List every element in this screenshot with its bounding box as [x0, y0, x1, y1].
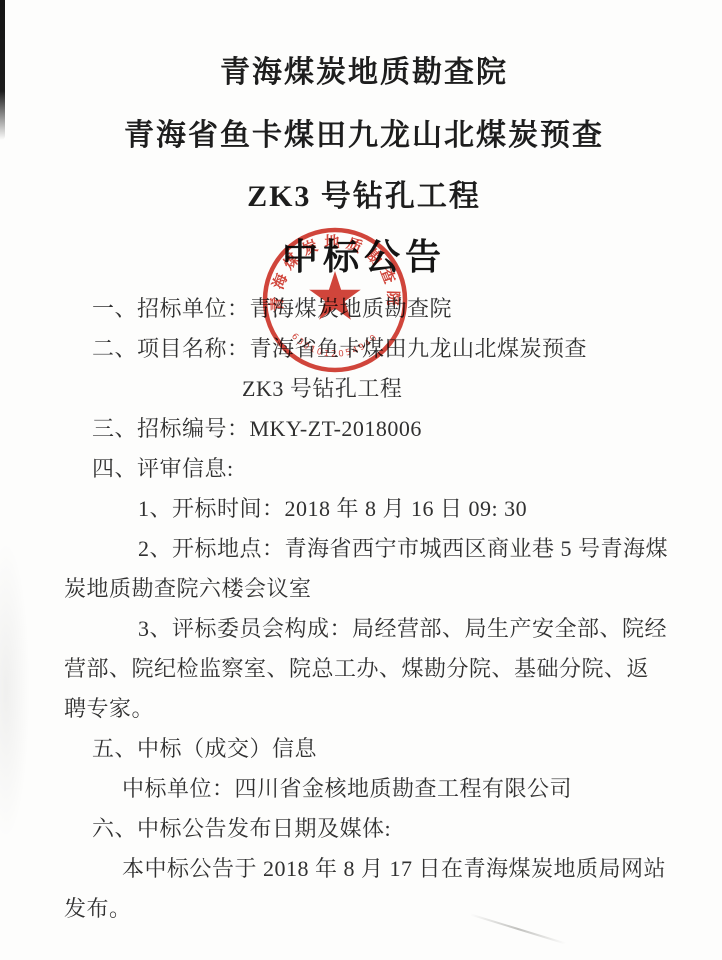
- body-line: 炭地质勘查院六楼会议室: [64, 569, 664, 609]
- body-line: 营部、院纪检监察室、院总工办、煤勘分院、基础分院、返: [64, 649, 664, 689]
- body-line: 本中标公告于 2018 年 8 月 17 日在青海煤炭地质局网站: [64, 849, 664, 889]
- borehole-project-title: ZK3 号钻孔工程: [64, 179, 664, 215]
- document-body: 一、招标单位：青海煤炭地质勘查院二、项目名称：青海省鱼卡煤田九龙山北煤炭预查ZK…: [64, 289, 664, 929]
- body-line: 聘专家。: [64, 689, 664, 729]
- body-line: 1、开标时间：2018 年 8 月 16 日 09: 30: [64, 489, 664, 529]
- announcement-heading: 中标公告: [64, 237, 664, 277]
- body-line: 三、招标编号：MKY-ZT-2018006: [64, 409, 664, 449]
- body-line: 发布。: [64, 889, 664, 929]
- body-line: 四、评审信息:: [64, 449, 664, 489]
- body-line: 二、项目名称：青海省鱼卡煤田九龙山北煤炭预查: [64, 329, 664, 369]
- scanned-document-page: 青海煤炭地质勘查院 青海省鱼卡煤田九龙山北煤炭预查 ZK3 号钻孔工程 中标公告…: [0, 0, 722, 960]
- body-line: 2、开标地点：青海省西宁市城西区商业巷 5 号青海煤: [64, 529, 664, 569]
- body-line: 五、中标（成交）信息: [64, 729, 664, 769]
- body-line: 六、中标公告发布日期及媒体:: [64, 809, 664, 849]
- body-line: 中标单位：四川省金核地质勘查工程有限公司: [64, 769, 664, 809]
- body-line: 一、招标单位：青海煤炭地质勘查院: [64, 289, 664, 329]
- body-line: 3、评标委员会构成：局经营部、局生产安全部、院经: [64, 609, 664, 649]
- document-content: 青海煤炭地质勘查院 青海省鱼卡煤田九龙山北煤炭预查 ZK3 号钻孔工程 中标公告…: [0, 0, 722, 960]
- project-title: 青海省鱼卡煤田九龙山北煤炭预查: [64, 118, 664, 154]
- org-title: 青海煤炭地质勘查院: [64, 55, 664, 91]
- body-line: ZK3 号钻孔工程: [64, 369, 664, 409]
